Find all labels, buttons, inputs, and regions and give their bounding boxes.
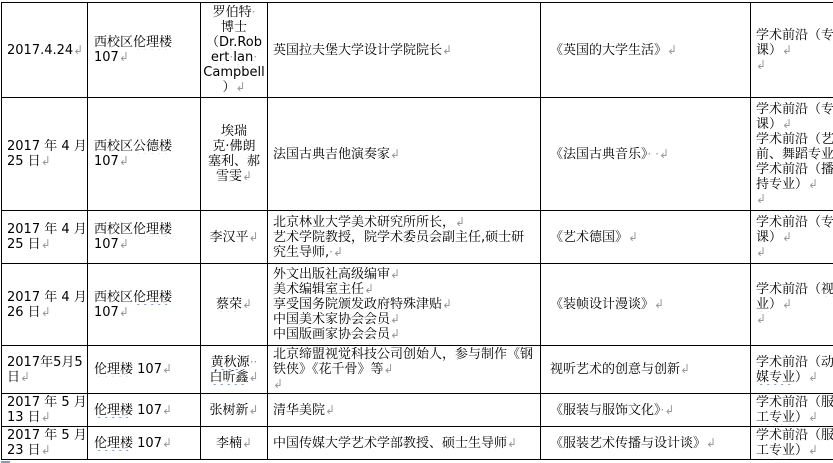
formatting-mark: ↲ xyxy=(455,215,465,229)
text-line: 享受国务院颁发政府特殊津贴↲ xyxy=(273,297,538,312)
cell-speaker[interactable]: 黄秋源··白昕鑫↲ xyxy=(201,346,268,394)
formatting-mark: ↲ xyxy=(248,230,258,244)
text-line: 前、舞蹈专业）↲ xyxy=(756,147,833,162)
grammar-check-text: 公德楼 xyxy=(133,139,172,154)
cell-lecture-title[interactable]: 《英国的大学生活》↲ xyxy=(541,3,751,98)
cell-speaker[interactable]: 张树新↲ xyxy=(201,394,268,427)
cell-speaker[interactable]: 埃瑞克·佛朗塞利、郝雪雯↲ xyxy=(201,98,268,211)
text-line: 英国拉夫堡大学设计学院院长↲ xyxy=(273,43,538,58)
text-segment: 美术编辑室主任 xyxy=(273,282,364,297)
text-line: 23 日↲ xyxy=(7,443,85,458)
formatting-mark: ↲ xyxy=(162,436,172,450)
formatting-mark: ↲ xyxy=(782,230,792,244)
formatting-mark: ↲ xyxy=(756,192,766,206)
text-line: 107↲ xyxy=(94,237,198,252)
text-line: 白昕鑫↲ xyxy=(203,370,265,385)
text-segment: 107 xyxy=(94,305,119,320)
formatting-mark: ↲ xyxy=(273,377,283,391)
text-line: 《法国古典音乐》· ·↲ xyxy=(550,147,748,162)
text-segment: 2017 年 5 月 xyxy=(7,395,85,410)
text-segment: 中国美术家协会会员 xyxy=(273,312,390,327)
text-line: 清华美院↲ xyxy=(273,403,538,418)
table-row: 2017 年 4 月25 日↲西校区公德楼107↲埃瑞克·佛朗塞利、郝雪雯↲法国… xyxy=(2,98,833,211)
text-segment: 107 xyxy=(133,436,162,451)
grammar-check-text: 黄秋源 xyxy=(211,355,250,370)
text-segment: 雪雯 xyxy=(216,169,242,184)
formatting-mark: ↲ xyxy=(390,267,400,281)
text-line: 107↲ xyxy=(94,50,198,65)
formatting-mark: ↲ xyxy=(248,370,258,384)
text-segment: 西校区 xyxy=(94,35,133,50)
text-line: 学术前沿（专业通识 xyxy=(756,102,833,117)
text-segment: 《法国古典音乐》 xyxy=(550,147,648,162)
text-segment: 持专业） xyxy=(756,177,808,192)
text-segment: Campbell xyxy=(203,65,264,80)
cell-category[interactable]: 学术前沿（专业通识课）↲学术前沿（艺教、学前、舞蹈专业）↲学术前沿（播音与主持专… xyxy=(751,98,833,211)
text-segment: 26 日 xyxy=(7,305,41,320)
text-segment: 《艺术德国》 xyxy=(550,230,628,245)
grammar-check-text: 伦理楼 xyxy=(94,362,133,377)
text-line: 107↲ xyxy=(94,154,198,169)
cell-description[interactable]: 外文出版社高级编审↲美术编辑室主任↲享受国务院颁发政府特殊津贴↲中国美术家协会会… xyxy=(268,264,541,346)
text-segment: 西校区 xyxy=(94,290,133,305)
cell-category[interactable]: 学术前沿（视传专业）↲↲ xyxy=(751,264,833,346)
cell-category[interactable]: 学术前沿（服设、服工专业）↲ xyxy=(751,427,833,460)
formatting-mark: · · xyxy=(648,147,659,161)
text-segment: 克·佛朗 xyxy=(212,139,255,154)
text-line: 《服装与服饰文化》·↲ xyxy=(550,403,748,418)
text-segment: 107 xyxy=(133,403,162,418)
text-line: 黄秋源·· xyxy=(203,355,265,370)
text-line: 李汉平↲ xyxy=(203,230,265,245)
text-segment: 《英国的大学生活》 xyxy=(550,43,667,58)
text-line: 107↲ xyxy=(94,305,198,320)
grammar-check-text: 伦理楼 xyxy=(133,35,172,50)
text-line: 《艺术德国》↲ xyxy=(550,230,748,245)
formatting-mark: ↲ xyxy=(41,154,51,168)
grammar-check-text: 白昕鑫 xyxy=(209,370,248,385)
cell-location[interactable]: 西校区伦理楼107↲ xyxy=(88,3,201,98)
formatting-mark: ↲ xyxy=(782,117,792,131)
text-line: 26 日↲ xyxy=(7,305,85,320)
cell-date[interactable]: 2017 年 4 月25 日↲ xyxy=(2,98,88,211)
cell-description[interactable]: 中国传媒大学艺术学部教授、硕士生导师↲ xyxy=(268,427,541,460)
text-line: 伦理楼 107↲ xyxy=(94,403,198,418)
text-line: 北京林业大学美术研究所所长，↲ xyxy=(273,215,538,230)
text-segment: 课） xyxy=(756,117,782,132)
cell-category[interactable]: 学术前沿（专业通识课）↲↲ xyxy=(751,3,833,98)
text-line: 工专业）↲ xyxy=(756,410,833,425)
text-segment: 2017年5月5 xyxy=(7,355,83,370)
cell-category[interactable]: 学术前沿（专业通识课）↲↲ xyxy=(751,211,833,264)
text-line: 埃瑞 xyxy=(203,124,265,139)
table-row: 2017 年 4 月26 日↲西校区伦理楼107↲蔡荣↲外文出版社高级编审↲美术… xyxy=(2,264,833,346)
text-segment: 2017.4.24 xyxy=(7,43,73,58)
text-segment: 张树新 xyxy=(209,403,248,418)
text-line: 学术前沿（服设、服 xyxy=(756,395,833,410)
formatting-mark: ↲ xyxy=(390,147,400,161)
text-line: ert·Ian· xyxy=(203,50,265,65)
text-segment: 学术前沿（专业通识 xyxy=(756,215,833,230)
grammar-check-text: 伦理楼 xyxy=(133,290,172,305)
cell-lecture-title[interactable]: 《服装艺术传播与设计谈》↲ xyxy=(541,427,751,460)
formatting-mark: ↲ xyxy=(808,410,818,424)
text-line: 西校区公德楼 xyxy=(94,139,198,154)
formatting-mark: · xyxy=(252,5,256,19)
cell-location[interactable]: 西校区伦理楼107↲ xyxy=(88,264,201,346)
formatting-mark: ↲ xyxy=(119,154,129,168)
text-segment: 视听艺术的创意与创新 xyxy=(550,362,680,377)
formatting-mark: ↲ xyxy=(782,43,792,57)
text-segment: ） xyxy=(795,443,808,458)
formatting-mark: ↲ xyxy=(390,327,400,341)
text-line: 雪雯↲ xyxy=(203,169,265,184)
grammar-check-text: 伦理楼 xyxy=(94,403,133,418)
table-row: 2017年5月5日↲伦理楼 107↲黄秋源··白昕鑫↲北京缔盟视觉科技公司创始人… xyxy=(2,346,833,394)
text-line: ）↲ xyxy=(203,80,265,95)
table-row: 2017 年 5 月13 日↲伦理楼 107↲张树新↲清华美院↲《服装与服饰文化… xyxy=(2,394,833,427)
grammar-check-text: 伦理楼 xyxy=(133,222,172,237)
formatting-mark: ↲ xyxy=(41,305,51,319)
text-line: 学术前沿（服设、服 xyxy=(756,428,833,443)
table-row: 2017 年 4 月25 日↲西校区伦理楼107↲李汉平↲北京林业大学美术研究所… xyxy=(2,211,833,264)
text-segment: 中国版画家协会会员 xyxy=(273,327,390,342)
grammar-check-text: 伦理楼 xyxy=(94,436,133,451)
text-segment: （ xyxy=(206,35,219,50)
spellcheck-text: Dr.Rob xyxy=(219,35,262,50)
grammar-check-text: 蔡荣 xyxy=(216,297,242,312)
text-line: 西校区伦理楼 xyxy=(94,222,198,237)
formatting-mark: ↲ xyxy=(333,245,343,259)
text-line: 25 日↲ xyxy=(7,154,85,169)
text-segment: 北京缔盟视觉科技公司创始人，参与制作《钢 xyxy=(273,347,533,362)
text-segment: 铁侠》《花千骨》等 xyxy=(273,362,384,377)
text-line: 日↲ xyxy=(7,370,85,385)
formatting-mark: ↲ xyxy=(667,43,677,57)
text-segment: 2017 年 4 月 xyxy=(7,222,85,237)
text-line: 2017 年 4 月 xyxy=(7,139,85,154)
cell-lecture-title[interactable]: 《法国古典音乐》· ·↲ xyxy=(541,98,751,211)
cell-description[interactable]: 北京林业大学美术研究所所长，↲艺术学院教授，院学术委员会副主任,硕士研究生导师,… xyxy=(268,211,541,264)
text-line: ↲ xyxy=(756,312,833,327)
text-segment: 法国古典吉他演奏家 xyxy=(273,147,390,162)
text-segment: ） xyxy=(795,370,808,385)
grammar-check-text: 工专业 xyxy=(756,410,795,425)
text-line: 《服装艺术传播与设计谈》↲ xyxy=(550,436,748,451)
text-segment: 日 xyxy=(7,370,20,385)
text-line: 美术编辑室主任↲ xyxy=(273,282,538,297)
cell-description[interactable]: 北京缔盟视觉科技公司创始人，参与制作《钢铁侠》《花千骨》等↲↲ xyxy=(268,346,541,394)
text-segment: 北京林业大学美术研究所所长， xyxy=(273,215,455,230)
text-segment: 学术前沿（专业通识 xyxy=(756,28,833,43)
table-row: 2017.4.24↲西校区伦理楼107↲罗伯特·博士（Dr.Robert·Ian… xyxy=(2,3,833,98)
table-row: 2017 年 5 月23 日↲伦理楼 107↲李楠↲中国传媒大学艺术学部教授、硕… xyxy=(2,427,833,460)
text-segment: 2017 年 4 月 xyxy=(7,139,85,154)
text-line: 西校区伦理楼 xyxy=(94,290,198,305)
text-segment: 107 xyxy=(133,362,162,377)
formatting-mark: ↲ xyxy=(41,410,51,424)
text-line: 13 日↲ xyxy=(7,410,85,425)
lecture-schedule-table: 2017.4.24↲西校区伦理楼107↲罗伯特·博士（Dr.Robert·Ian… xyxy=(1,2,833,460)
text-line: 罗伯特· xyxy=(203,5,265,20)
text-segment: 清华美院 xyxy=(273,403,325,418)
cell-date[interactable]: 2017 年 5 月23 日↲ xyxy=(2,427,88,460)
text-line: 课）↲ xyxy=(756,117,833,132)
cell-category[interactable]: 学术前沿（动画、数媒专业）↲ xyxy=(751,346,833,394)
text-segment: 2017 年 5 月 xyxy=(7,428,85,443)
text-line: 法国古典吉他演奏家↲ xyxy=(273,147,538,162)
text-segment: 23 日 xyxy=(7,443,41,458)
text-line: 工专业）↲ xyxy=(756,443,833,458)
grammar-check-text: 工专业 xyxy=(756,443,795,458)
table-body: 2017.4.24↲西校区伦理楼107↲罗伯特·博士（Dr.Robert·Ian… xyxy=(2,3,833,460)
formatting-mark: ↲ xyxy=(242,297,252,311)
grammar-check-text: 媒专业 xyxy=(756,370,795,385)
formatting-mark: ↲ xyxy=(242,169,252,183)
text-segment: 《服装艺术传播与设计谈》 xyxy=(550,436,706,451)
text-segment: 学术前沿（服设、 xyxy=(756,428,833,443)
text-segment: 学术前沿（艺教、学 xyxy=(756,132,833,147)
formatting-mark: ↲ xyxy=(706,436,716,450)
cell-description[interactable]: 清华美院↲ xyxy=(268,394,541,427)
formatting-mark: ↲ xyxy=(364,282,374,296)
cell-speaker[interactable]: 李楠↲ xyxy=(201,427,268,460)
text-line: 视听艺术的创意与创新↲ xyxy=(550,362,748,377)
text-segment: 享受国务院颁发政府特殊津贴 xyxy=(273,297,442,312)
text-line: 李楠↲ xyxy=(203,436,265,451)
text-line: 克·佛朗 xyxy=(203,139,265,154)
formatting-mark: ↲ xyxy=(808,177,818,191)
text-segment: 107 xyxy=(94,237,119,252)
text-line: 学术前沿（视传专 xyxy=(756,282,833,297)
cell-lecture-title[interactable]: 视听艺术的创意与创新↲ xyxy=(541,346,751,394)
formatting-mark: ·· xyxy=(250,355,258,369)
cell-location[interactable]: 伦理楼 107↲ xyxy=(88,346,201,394)
text-segment: 学术前沿（服设、 xyxy=(756,395,833,410)
formatting-mark: ↲ xyxy=(162,362,172,376)
formatting-mark: ↲ xyxy=(664,403,674,417)
formatting-mark: ↲ xyxy=(442,297,452,311)
text-line: ↲ xyxy=(756,245,833,260)
text-line: 2017 年 5 月 xyxy=(7,428,85,443)
cell-speaker[interactable]: 李汉平↲ xyxy=(201,211,268,264)
text-segment: 课） xyxy=(756,43,782,58)
text-segment: ） xyxy=(795,410,808,425)
cell-category[interactable]: 学术前沿（服设、服工专业）↲ xyxy=(751,394,833,427)
spellcheck-text: Ian xyxy=(233,50,253,65)
text-line: 学术前沿（艺教、学 xyxy=(756,132,833,147)
text-line: 铁侠》《花千骨》等↲ xyxy=(273,362,538,377)
text-line: ↲ xyxy=(756,58,833,73)
cell-location[interactable]: 西校区公德楼107↲ xyxy=(88,98,201,211)
formatting-mark: ↲ xyxy=(782,297,792,311)
text-line: 伦理楼 107↲ xyxy=(94,362,198,377)
text-line: 张树新↲ xyxy=(203,403,265,418)
text-segment: 中国传媒大学艺术学部教授、硕士生导师 xyxy=(273,436,507,451)
text-line: 课）↲ xyxy=(756,43,833,58)
text-segment: 罗伯特 xyxy=(213,5,252,20)
text-segment: 25 日 xyxy=(7,154,41,169)
text-line: 究生导师,·↲ xyxy=(273,245,538,260)
text-segment: 西校区 xyxy=(94,139,133,154)
text-line: 2017年5月5 xyxy=(7,355,85,370)
text-line: 博士 xyxy=(203,20,265,35)
formatting-mark: ↲ xyxy=(507,436,517,450)
text-segment: 学术前沿（专业通识 xyxy=(756,102,833,117)
spellcheck-text: ert xyxy=(211,50,229,65)
text-line: 学术前沿（专业通识 xyxy=(756,215,833,230)
cell-description[interactable]: 英国拉夫堡大学设计学院院长↲ xyxy=(268,3,541,98)
formatting-mark: ↲ xyxy=(162,403,172,417)
text-segment: 前、舞蹈专业） xyxy=(756,147,833,162)
formatting-mark: ↲ xyxy=(442,43,452,57)
formatting-mark: ↲ xyxy=(628,230,638,244)
text-segment: 2017 年 4 月 xyxy=(7,290,85,305)
text-line: 北京缔盟视觉科技公司创始人，参与制作《钢 xyxy=(273,347,538,362)
text-line: 2017 年 4 月 xyxy=(7,290,85,305)
grammar-check-text: 业 xyxy=(756,297,769,312)
text-segment: ） xyxy=(769,297,782,312)
formatting-mark: ↲ xyxy=(390,312,400,326)
formatting-mark: ↲ xyxy=(325,403,335,417)
formatting-mark: ↲ xyxy=(119,305,129,319)
text-segment: 25 日 xyxy=(7,237,41,252)
formatting-mark: ↲ xyxy=(756,58,766,72)
formatting-mark: ↲ xyxy=(680,362,690,376)
text-line: 《装帧设计漫谈》↲ xyxy=(550,297,748,312)
text-segment: 埃瑞 xyxy=(221,124,247,139)
text-segment: 13 日 xyxy=(7,410,41,425)
text-segment: 学术前沿（播音与主 xyxy=(756,162,833,177)
text-segment: 学术前沿（动画、 xyxy=(756,355,833,370)
text-line: 中国美术家协会会员↲ xyxy=(273,312,538,327)
formatting-mark: ↲ xyxy=(41,237,51,251)
cell-lecture-title[interactable]: 《服装与服饰文化》·↲ xyxy=(541,394,751,427)
text-segment: ） xyxy=(222,80,235,95)
text-line: 中国版画家协会会员↲ xyxy=(273,327,538,342)
formatting-mark: ↲ xyxy=(235,80,245,94)
text-segment: 李汉平 xyxy=(209,230,248,245)
text-line: 外文出版社高级编审↲ xyxy=(273,267,538,282)
formatting-mark: ↲ xyxy=(384,362,394,376)
cell-location[interactable]: 伦理楼 107↲ xyxy=(88,394,201,427)
text-segment: 李楠 xyxy=(216,436,242,451)
cell-date[interactable]: 2017.4.24↲ xyxy=(2,3,88,98)
text-line: Campbell xyxy=(203,65,265,80)
text-segment: 107 xyxy=(94,154,119,169)
cell-date[interactable]: 2017年5月5日↲ xyxy=(2,346,88,394)
text-segment: 西校区 xyxy=(94,222,133,237)
text-line: 塞利、郝 xyxy=(203,154,265,169)
text-line: 2017.4.24↲ xyxy=(7,43,85,58)
text-line: 业）↲ xyxy=(756,297,833,312)
cell-date[interactable]: 2017 年 4 月26 日↲ xyxy=(2,264,88,346)
text-line: 《英国的大学生活》↲ xyxy=(550,43,748,58)
formatting-mark: ↲ xyxy=(756,312,766,326)
formatting-mark: ↲ xyxy=(41,443,51,457)
formatting-mark: · xyxy=(253,50,257,64)
text-segment: 博士 xyxy=(221,20,247,35)
text-line: 媒专业）↲ xyxy=(756,370,833,385)
formatting-mark: ↲ xyxy=(654,297,664,311)
text-line: 2017 年 4 月 xyxy=(7,222,85,237)
cell-date[interactable]: 2017 年 5 月13 日↲ xyxy=(2,394,88,427)
text-segment: 外文出版社高级编审 xyxy=(273,267,390,282)
text-line: 学术前沿（动画、数 xyxy=(756,355,833,370)
text-line: 蔡荣↲ xyxy=(203,297,265,312)
cell-speaker[interactable]: 蔡荣↲ xyxy=(201,264,268,346)
cell-location[interactable]: 伦理楼 107↲ xyxy=(88,427,201,460)
formatting-mark: ↲ xyxy=(248,403,258,417)
text-segment: 107 xyxy=(94,50,119,65)
formatting-mark: ↲ xyxy=(808,443,818,457)
text-line: ↲ xyxy=(273,377,538,392)
formatting-mark: ↲ xyxy=(242,436,252,450)
cell-date[interactable]: 2017 年 4 月25 日↲ xyxy=(2,211,88,264)
text-segment: 塞利、郝 xyxy=(208,154,260,169)
cell-speaker[interactable]: 罗伯特·博士（Dr.Robert·Ian·Campbell）↲ xyxy=(201,3,268,98)
formatting-mark: ↲ xyxy=(808,370,818,384)
formatting-mark: ↲ xyxy=(119,237,129,251)
text-segment: 《装帧设计漫谈》 xyxy=(550,297,654,312)
cell-lecture-title[interactable]: 《装帧设计漫谈》↲ xyxy=(541,264,751,346)
text-line: 2017 年 5 月 xyxy=(7,395,85,410)
formatting-mark: ↲ xyxy=(73,43,83,57)
text-line: 艺术学院教授，院学术委员会副主任,硕士研 xyxy=(273,230,538,245)
text-segment: 英国拉夫堡大学设计学院院长 xyxy=(273,43,442,58)
text-line: 持专业）↲ xyxy=(756,177,833,192)
text-line: 西校区伦理楼 xyxy=(94,35,198,50)
text-line: 伦理楼 107↲ xyxy=(94,436,198,451)
formatting-mark: ↲ xyxy=(20,370,30,384)
cell-location[interactable]: 西校区伦理楼107↲ xyxy=(88,211,201,264)
formatting-mark: ↲ xyxy=(756,245,766,259)
text-line: （Dr.Rob xyxy=(203,35,265,50)
text-line: 25 日↲ xyxy=(7,237,85,252)
text-segment: 《服装与服饰文化》 xyxy=(550,403,661,418)
cell-description[interactable]: 法国古典吉他演奏家↲ xyxy=(268,98,541,211)
formatting-mark: ↲ xyxy=(659,147,669,161)
formatting-mark: ↲ xyxy=(119,50,129,64)
text-line: 学术前沿（播音与主 xyxy=(756,162,833,177)
text-line: ↲ xyxy=(756,192,833,207)
text-line: 中国传媒大学艺术学部教授、硕士生导师↲ xyxy=(273,436,538,451)
text-line: 课）↲ xyxy=(756,230,833,245)
text-segment: 课） xyxy=(756,230,782,245)
cell-lecture-title[interactable]: 《艺术德国》↲ xyxy=(541,211,751,264)
text-segment: 学术前沿（ xyxy=(756,282,821,297)
grammar-check-text: 视传专 xyxy=(821,282,833,297)
text-line: 学术前沿（专业通识 xyxy=(756,28,833,43)
text-segment: 艺术学院教授，院学术委员会副主任,硕士研 xyxy=(273,230,524,245)
text-segment: 究生导师, xyxy=(273,245,329,260)
